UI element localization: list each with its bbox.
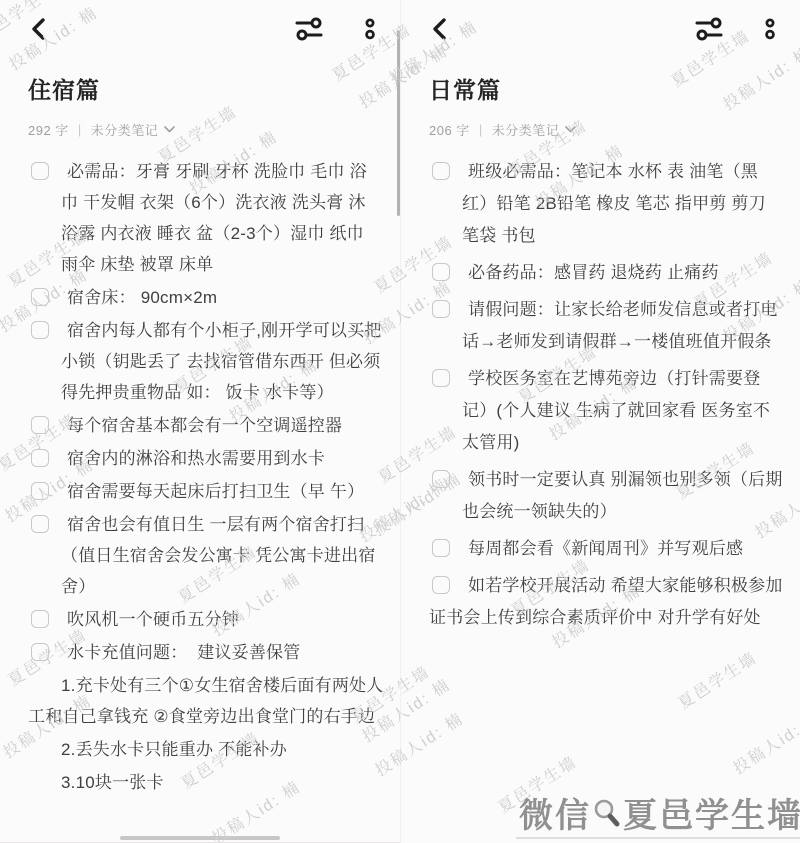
checklist-item: 请假问题：让家长给老师发信息或者打电话→老师发到请假群→一楼值班值开假条 [429, 294, 800, 358]
item-line: 话→老师发到请假群→一楼值班值开假条 [429, 326, 800, 358]
item-line: 红）铅笔 2B铅笔 橡皮 笔芯 指甲剪 剪刀 [429, 188, 800, 220]
checklist-item: 每周都会看《新闻周刊》并写观后感 [429, 533, 800, 565]
item-line: 宿舍床： 90cm×2m [28, 282, 400, 313]
note-header [28, 14, 376, 44]
item-line: 证书会上传到综合素质评价中 对升学有好处 [429, 602, 800, 634]
checklist-item: 宿舍内的淋浴和热水需要用到水卡 [28, 443, 400, 474]
meta-separator: | [78, 122, 82, 137]
item-line: 宿舍内的淋浴和热水需要用到水卡 [28, 443, 400, 474]
item-line: 1.充卡处有三个①女生宿舍楼后面有两处人 [28, 670, 400, 701]
checkbox[interactable] [31, 449, 49, 467]
checkbox[interactable] [31, 643, 49, 661]
item-line: 也会统一领缺失的） [429, 496, 800, 528]
item-line: （值日生宿舍会发公寓卡 凭公寓卡进出宿 [28, 540, 400, 571]
item-line: 小锁（钥匙丢了 去找宿管借东西开 但必须 [28, 346, 400, 377]
text-item: 3.10块一张卡 [28, 767, 400, 798]
category-label: 未分类笔记 [492, 120, 560, 139]
item-line: 笔袋 书包 [429, 220, 800, 252]
note-title: 日常篇 [429, 72, 800, 105]
more-dots-icon [764, 16, 776, 42]
note-title: 住宿篇 [28, 72, 400, 105]
item-line: 舍） [28, 571, 400, 602]
caption-suffix: 夏邑学生墙 [623, 788, 800, 837]
checklist-item: 领书时一定要认真 别漏领也别多领（后期也会统一领缺失的） [429, 464, 800, 528]
item-line: 每个宿舍基本都会有一个空调遥控器 [28, 410, 400, 441]
item-line: 吹风机一个硬币五分钟 [28, 604, 400, 635]
item-line: 巾 干发帽 衣架（6个）洗衣液 洗头膏 沐 [28, 187, 400, 218]
checklist-item: 宿舍需要每天起床后打扫卫生（早 午） [28, 476, 400, 507]
item-line: 宿舍也会有值日生 一层有两个宿舍打扫 [28, 509, 400, 540]
checklist-item: 水卡充值问题： 建议妥善保管 [28, 637, 400, 668]
char-count: 206 字 [429, 120, 470, 139]
checkbox[interactable] [432, 300, 450, 318]
item-line: 工和自己拿钱充 ②食堂旁边出食堂门的右手边 [28, 701, 400, 732]
checkbox[interactable] [31, 162, 49, 180]
back-chevron-icon [429, 17, 453, 41]
item-line: 太管用) [429, 427, 800, 459]
chevron-down-icon [565, 126, 576, 133]
item-line: 水卡充值问题： 建议妥善保管 [28, 637, 400, 668]
item-line: 宿舍需要每天起床后打扫卫生（早 午） [28, 476, 400, 507]
item-line: 每周都会看《新闻周刊》并写观后感 [429, 533, 800, 565]
item-line: 浴露 内衣液 睡衣 盆（2-3个）湿巾 纸巾 [28, 218, 400, 249]
checklist: 班级必需品：笔记本 水杯 表 油笔（黑红）铅笔 2B铅笔 橡皮 笔芯 指甲剪 剪… [429, 156, 800, 634]
checkbox[interactable] [432, 369, 450, 387]
checklist-item: 学校医务室在艺博苑旁边（打针需要登记）(个人建议 生病了就回家看 医务室不太管用… [429, 363, 800, 459]
share-button[interactable] [694, 16, 724, 42]
item-line: 班级必需品：笔记本 水杯 表 油笔（黑 [429, 156, 800, 188]
category-label: 未分类笔记 [91, 120, 159, 139]
caption-underline [516, 837, 800, 839]
item-line: 领书时一定要认真 别漏领也别多领（后期 [429, 464, 800, 496]
checklist-item: 必需品：牙膏 牙刷 牙杯 洗脸巾 毛巾 浴巾 干发帽 衣架（6个）洗衣液 洗头膏… [28, 156, 400, 280]
category-selector[interactable]: 未分类笔记 [492, 120, 577, 139]
chevron-down-icon [164, 126, 175, 133]
checkbox[interactable] [432, 576, 450, 594]
checklist-item: 宿舍也会有值日生 一层有两个宿舍打扫（值日生宿舍会发公寓卡 凭公寓卡进出宿舍） [28, 509, 400, 602]
category-selector[interactable]: 未分类笔记 [91, 120, 176, 139]
checklist: 必需品：牙膏 牙刷 牙杯 洗脸巾 毛巾 浴巾 干发帽 衣架（6个）洗衣液 洗头膏… [28, 156, 400, 798]
text-item: 2.丢失水卡只能重办 不能补办 [28, 734, 400, 765]
back-button[interactable] [28, 17, 52, 41]
checkbox[interactable] [31, 321, 49, 339]
item-line: 必备药品：感冒药 退烧药 止痛药 [429, 257, 800, 289]
checklist-item: 每个宿舍基本都会有一个空调遥控器 [28, 410, 400, 441]
note-meta: 206 字 | 未分类笔记 [429, 120, 800, 139]
checkbox[interactable] [432, 263, 450, 281]
more-dots-icon [364, 16, 376, 42]
note-header [429, 14, 776, 44]
back-chevron-icon [28, 17, 52, 41]
checkbox[interactable] [31, 482, 49, 500]
checklist-item: 宿舍床： 90cm×2m [28, 282, 400, 313]
checkbox[interactable] [31, 416, 49, 434]
share-icon [294, 16, 324, 42]
item-line: 雨伞 床垫 被罩 床单 [28, 249, 400, 280]
meta-separator: | [479, 122, 483, 137]
item-line: 3.10块一张卡 [28, 767, 400, 798]
checkbox[interactable] [31, 610, 49, 628]
item-line: 必需品：牙膏 牙刷 牙杯 洗脸巾 毛巾 浴 [28, 156, 400, 187]
item-line: 2.丢失水卡只能重办 不能补办 [28, 734, 400, 765]
item-line: 得先押贵重物品 如： 饭卡 水卡等） [28, 377, 400, 408]
item-line: 宿舍内每人都有个小柜子,刚开学可以买把 [28, 315, 400, 346]
text-item: 1.充卡处有三个①女生宿舍楼后面有两处人工和自己拿钱充 ②食堂旁边出食堂门的右手… [28, 670, 400, 732]
checklist-item: 宿舍内每人都有个小柜子,刚开学可以买把小锁（钥匙丢了 去找宿管借东西开 但必须得… [28, 315, 400, 408]
item-line: 如若学校开展活动 希望大家能够积极参加 [429, 570, 800, 602]
checkbox[interactable] [432, 539, 450, 557]
checklist-item: 吹风机一个硬币五分钟 [28, 604, 400, 635]
wechat-caption: 微信 夏邑学生墙 [519, 788, 800, 837]
stitched-screenshots: 住宿篇 292 字 | 未分类笔记 必需品：牙膏 牙刷 牙杯 洗脸巾 毛巾 浴巾… [0, 0, 800, 843]
checkbox[interactable] [432, 162, 450, 180]
checkbox[interactable] [31, 515, 49, 533]
share-icon [694, 16, 724, 42]
checklist-item: 如若学校开展活动 希望大家能够积极参加证书会上传到综合素质评价中 对升学有好处 [429, 570, 800, 634]
more-button[interactable] [764, 16, 776, 42]
note-panel-accommodation: 住宿篇 292 字 | 未分类笔记 必需品：牙膏 牙刷 牙杯 洗脸巾 毛巾 浴巾… [0, 0, 400, 843]
item-line: 学校医务室在艺博苑旁边（打针需要登 [429, 363, 800, 395]
note-panel-daily: 日常篇 206 字 | 未分类笔记 班级必需品：笔记本 水杯 表 油笔（黑红）铅… [400, 0, 800, 843]
caption-prefix: 微信 [519, 788, 591, 837]
checklist-item: 必备药品：感冒药 退烧药 止痛药 [429, 257, 800, 289]
checkbox[interactable] [31, 288, 49, 306]
checkbox[interactable] [432, 470, 450, 488]
item-line: 记）(个人建议 生病了就回家看 医务室不 [429, 395, 800, 427]
more-button[interactable] [364, 16, 376, 42]
checklist-item: 班级必需品：笔记本 水杯 表 油笔（黑红）铅笔 2B铅笔 橡皮 笔芯 指甲剪 剪… [429, 156, 800, 252]
home-indicator [120, 836, 280, 840]
note-meta: 292 字 | 未分类笔记 [28, 120, 400, 139]
scrollbar[interactable] [397, 30, 400, 216]
share-button[interactable] [294, 16, 324, 42]
magnifier-icon [592, 797, 622, 829]
item-line: 请假问题：让家长给老师发信息或者打电 [429, 294, 800, 326]
back-button[interactable] [429, 17, 453, 41]
char-count: 292 字 [28, 120, 69, 139]
